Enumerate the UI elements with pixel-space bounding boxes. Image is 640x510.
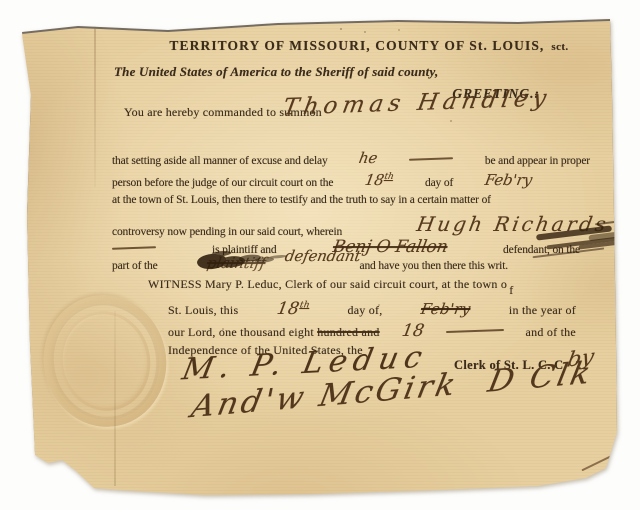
handwritten-he: he <box>358 149 379 167</box>
paper-crease <box>94 22 96 187</box>
body-line-3: at the town of St. Louis, then there to … <box>112 194 590 206</box>
witness-line-1-text: WITNESS Mary P. Leduc, Clerk of our said… <box>148 277 507 292</box>
document-title: TERRITORY OF MISSOURI, COUNTY OF St. LOU… <box>134 38 604 54</box>
handwritten-day: 18th <box>364 171 395 189</box>
handwritten-day-2: 18th <box>275 299 311 319</box>
correction-handwriting: defendant <box>283 247 362 265</box>
day-ordinal-suffix: th <box>299 300 311 310</box>
witness-line-2: St. Louis, this 18th day of, Feb'ry in t… <box>168 299 576 319</box>
pen-dash <box>112 246 156 250</box>
struck-word: plaintiff <box>205 254 267 272</box>
pen-dash <box>446 329 504 333</box>
witness-line-3: our Lord, one thousand eight hundred and… <box>168 321 576 341</box>
scanned-writ-document: TERRITORY OF MISSOURI, COUNTY OF St. LOU… <box>18 16 624 504</box>
stray-pen-stroke <box>581 455 612 471</box>
body-line-6-text-b: and have you then there this writ. <box>359 260 508 272</box>
day-number: 18 <box>364 171 386 189</box>
body-line-2: person before the judge of our circuit c… <box>112 172 532 190</box>
ink-specks <box>340 28 342 30</box>
witness-line-2-text-a: St. Louis, this <box>168 303 238 318</box>
handwritten-month: Feb'ry <box>483 171 533 189</box>
struck-hundred-and: hundred and <box>317 325 379 339</box>
handwritten-year: 18 <box>400 321 426 341</box>
day-ordinal-suffix: th <box>384 172 395 182</box>
paper-crease <box>114 311 116 486</box>
body-line-1-text-a: that setting aside all manner of excuse … <box>112 155 328 167</box>
handwritten-month-struck: Feb'ry <box>419 300 472 318</box>
body-line-1: that setting aside all manner of excuse … <box>112 150 590 168</box>
aged-paper-sheet: TERRITORY OF MISSOURI, COUNTY OF St. LOU… <box>18 16 624 504</box>
dropped-f-character: f <box>509 283 513 298</box>
body-line-6-text-a: part of the <box>112 260 158 272</box>
body-line-4-text: controversy now pending in our said cour… <box>112 226 342 238</box>
ink-blotted-word: plaintiff defendant <box>201 260 317 273</box>
witness-line-1: WITNESS Mary P. Leduc, Clerk of our said… <box>148 277 513 292</box>
year-words: our Lord, one thousand eight <box>168 325 314 339</box>
witness-line-3-text-b: and of the <box>526 325 576 340</box>
witness-line-3-text-a: our Lord, one thousand eight hundred and <box>168 325 380 340</box>
witness-line-2-text-c: in the year of <box>509 303 576 318</box>
body-line-2-text-b: day of <box>425 177 453 189</box>
salutation-line: The United States of America to the Sher… <box>114 64 438 80</box>
day-number: 18 <box>275 299 301 319</box>
sct-abbreviation: sct. <box>551 41 568 53</box>
body-line-1-text-b: be and appear in proper <box>485 155 590 167</box>
witness-line-2-text-b: day of, <box>347 303 382 318</box>
pen-dash <box>409 157 453 161</box>
body-line-6: part of the plaintiff defendant and have… <box>112 260 508 273</box>
body-line-2-text-a: person before the judge of our circuit c… <box>112 177 333 189</box>
body-line-5-text-b: defendant, on the <box>503 244 580 256</box>
embossed-seal-icon <box>32 284 179 438</box>
territory-county-title: TERRITORY OF MISSOURI, COUNTY OF St. LOU… <box>169 38 544 53</box>
